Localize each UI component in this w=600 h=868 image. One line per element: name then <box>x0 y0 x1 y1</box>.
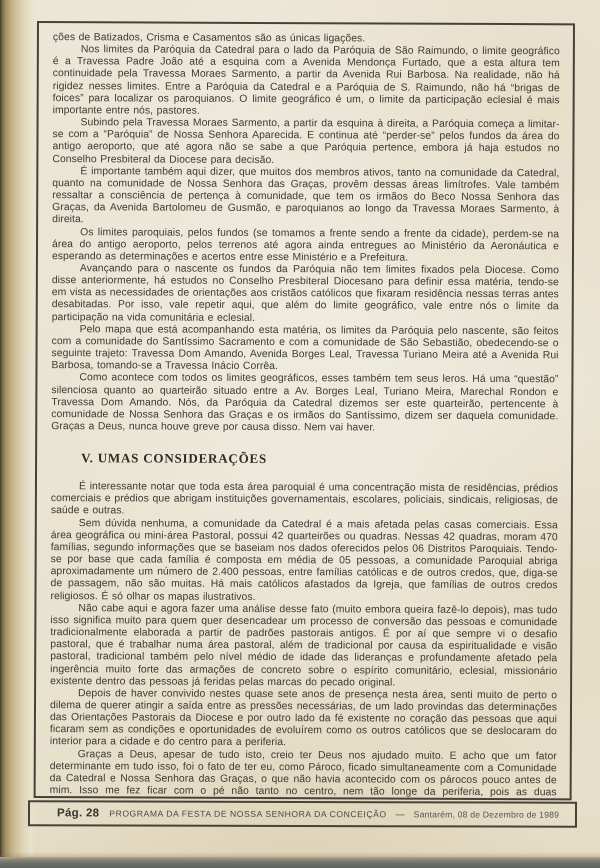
paragraph: É importante também aqui dizer, que muit… <box>52 166 559 229</box>
section-v-body: É interessante notar que toda esta área … <box>50 481 558 800</box>
section-iv-continuation: ções de Batizados, Crisma e Casamentos s… <box>51 32 560 435</box>
scan-edge <box>0 857 600 868</box>
footer-center: PROGRAMA DA FESTA DE NOSSA SENHORA DA CO… <box>99 808 575 819</box>
page-number: Pág. 28 <box>57 807 99 819</box>
paragraph: Graças a Deus, apesar de tudo isto, crei… <box>50 749 557 801</box>
content-frame: ções de Batizados, Crisma e Casamentos s… <box>34 21 575 800</box>
paragraph: Depois de haver convivido nestes quase s… <box>50 688 557 751</box>
paragraph: Não cabe aqui e agora fazer uma análise … <box>50 603 557 690</box>
footer-place-date: Santarém, 08 de Dezembro de 1989 <box>414 809 559 819</box>
scanned-page: { "document": { "continuation_paragraphs… <box>0 0 600 868</box>
paragraph: Avançando para o nascente os fundos da P… <box>52 263 559 326</box>
section-heading: V. UMAS CONSIDERAÇÕES <box>81 450 558 468</box>
paragraph: Como acontece com todos os limites geogr… <box>51 372 558 435</box>
paragraph: Pelo mapa que está acompanhando esta mat… <box>51 324 558 375</box>
footer-bar: Pág. 28 PROGRAMA DA FESTA DE NOSSA SENHO… <box>28 800 577 827</box>
paragraph: É interessante notar que toda esta área … <box>51 481 558 520</box>
paragraph: Os limites paroquiais, pelos fundos (se … <box>52 227 559 266</box>
paragraph: Nos limites da Paróquia da Catedral para… <box>53 44 560 119</box>
book-spine-shadow <box>0 0 36 858</box>
paragraph: Subindo pela Travessa Moraes Sarmento, a… <box>52 117 559 168</box>
footer-title: PROGRAMA DA FESTA DE NOSSA SENHORA DA CO… <box>109 808 386 819</box>
paragraph: Sem dúvida nenhuma, a comunidade da Cate… <box>50 518 557 605</box>
footer-separator: — <box>396 809 405 819</box>
